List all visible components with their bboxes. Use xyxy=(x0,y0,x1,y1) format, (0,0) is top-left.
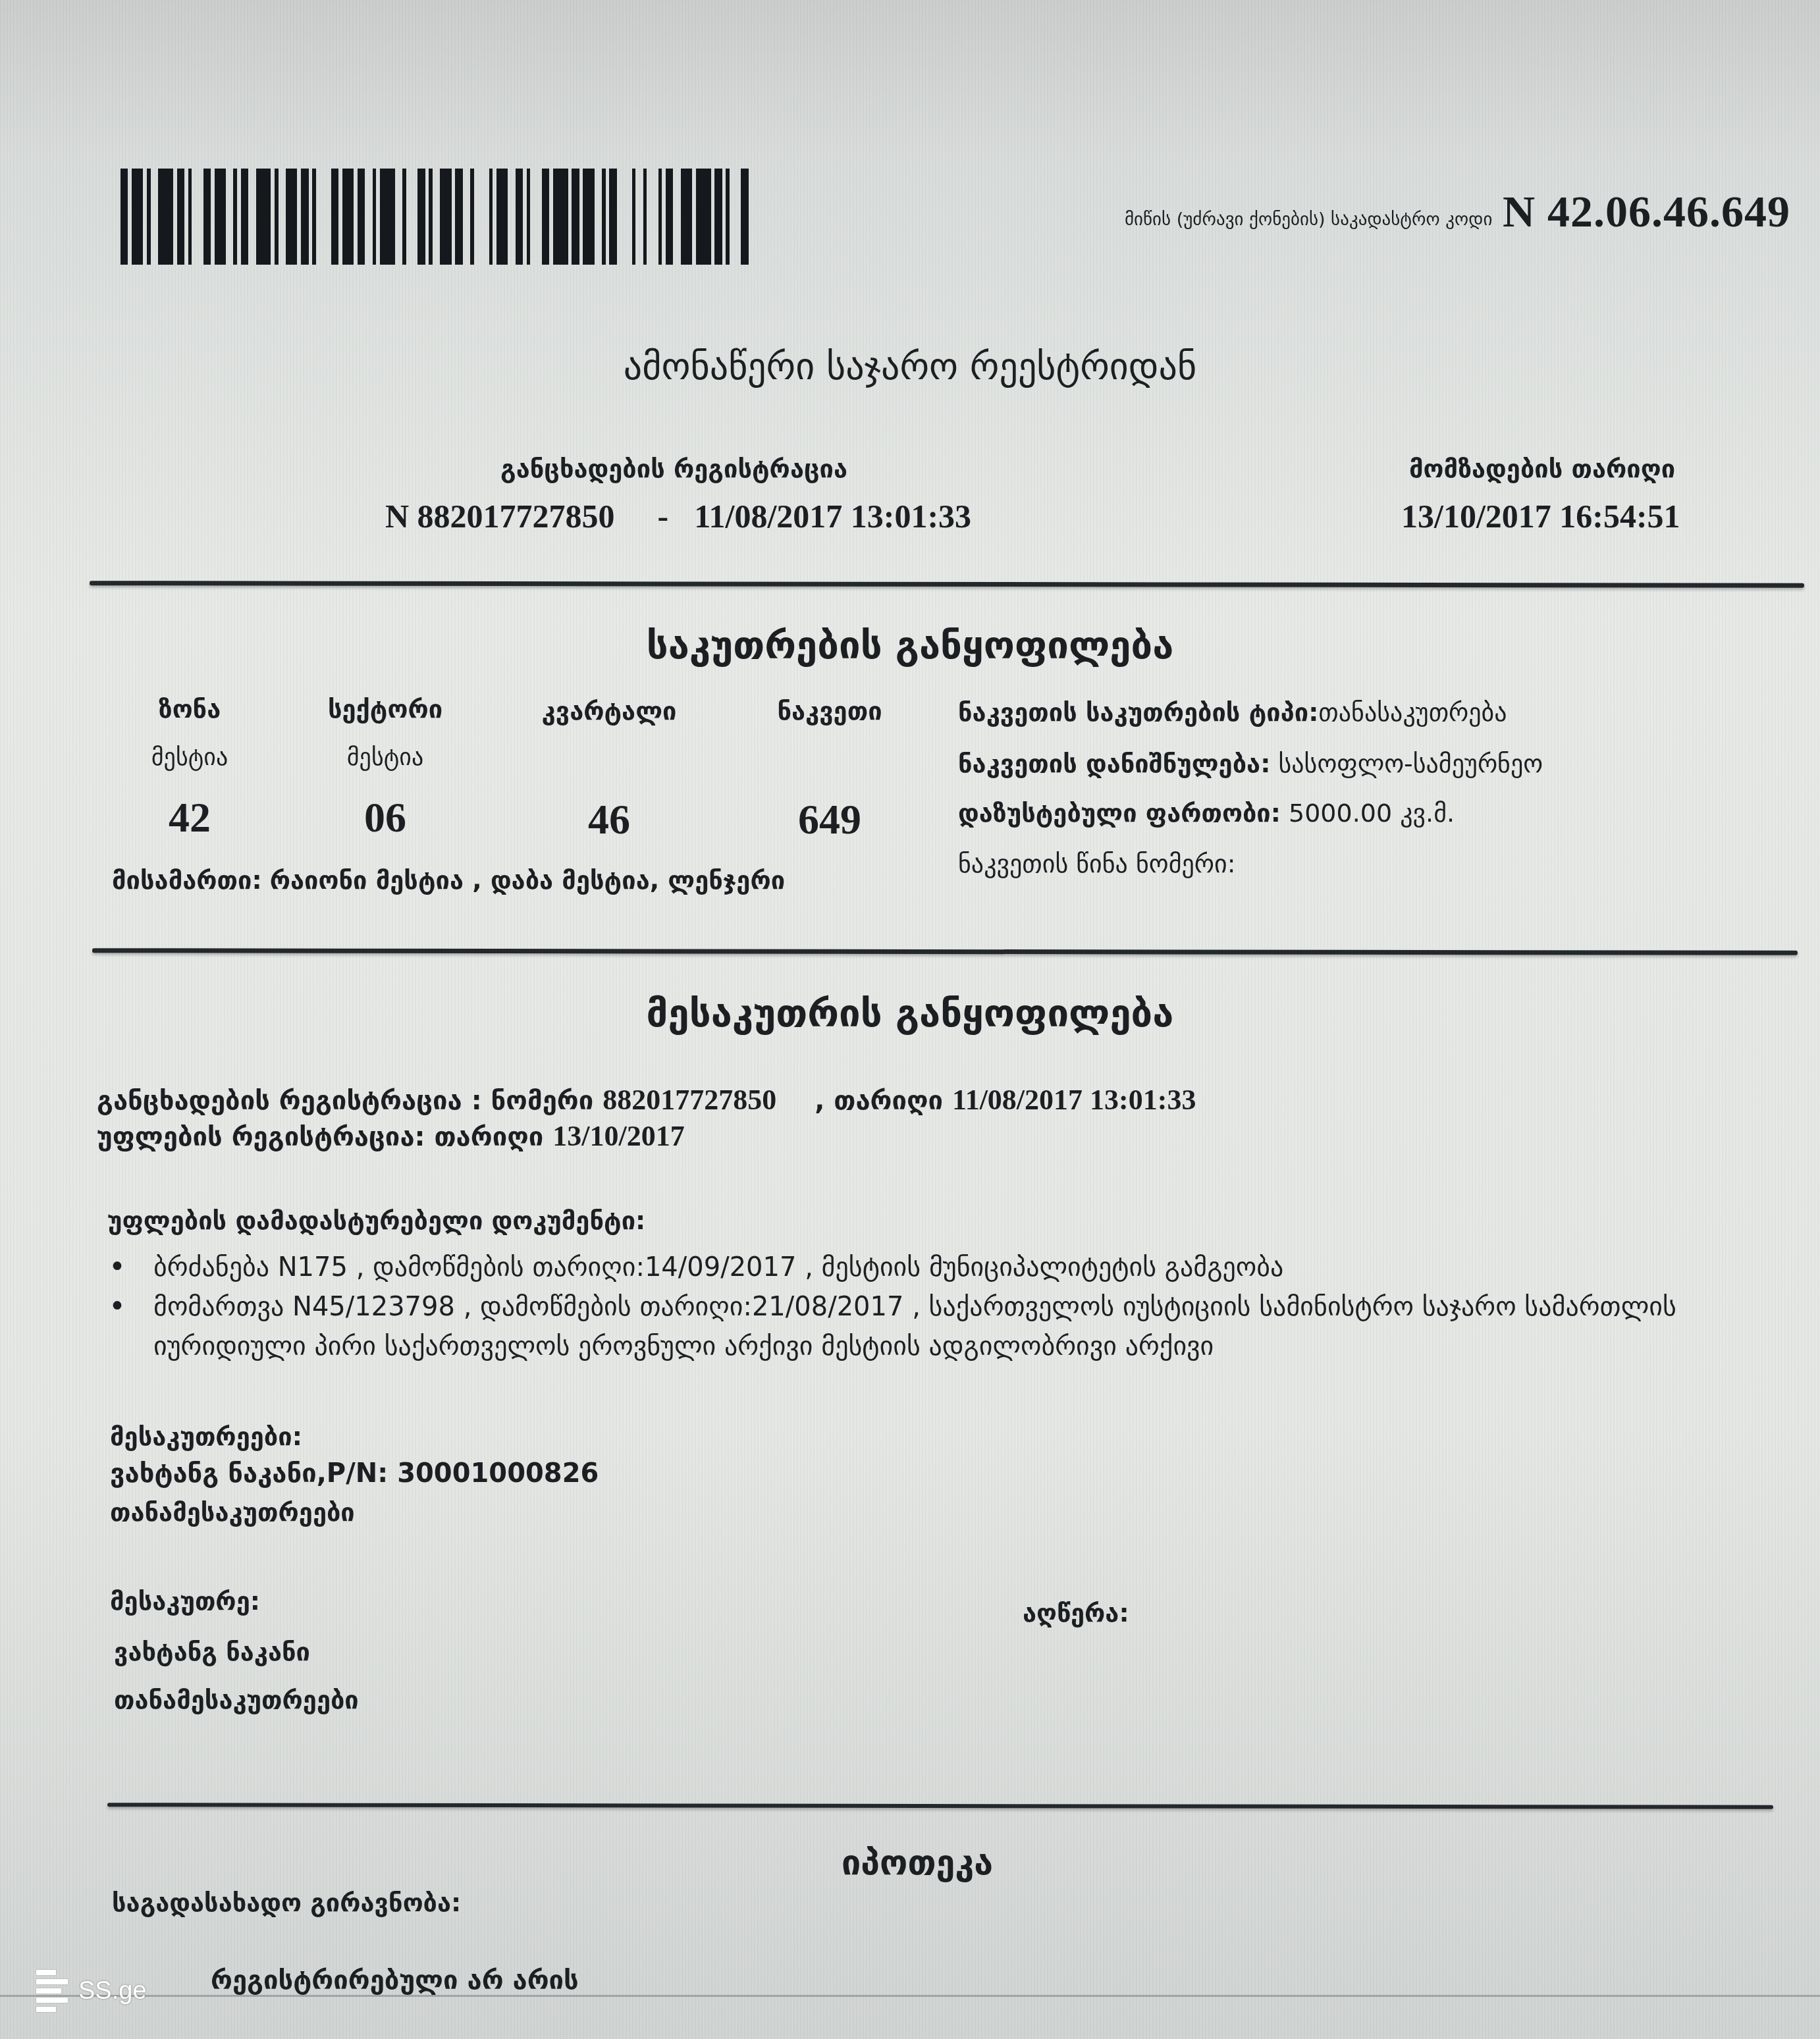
section-divider xyxy=(90,581,1804,588)
previous-parcel-number-label: ნაკვეთის წინა ნომერი: xyxy=(958,849,1236,878)
ownership-documents-label: უფლების დამადასტურებელი დოკუმენტი: xyxy=(107,1206,645,1235)
quarter-value: 46 xyxy=(510,795,708,844)
ownership-documents-list: ბრძანება N175 , დამოწმების თარიღი:14/09/… xyxy=(109,1248,1689,1366)
application-registration-label: განცხადების რეგისტრაცია xyxy=(500,454,847,483)
preparation-date-label: მომზადების თარიღი xyxy=(1409,454,1675,483)
right-registration: უფლების რეგისტრაცია: თარიღი 13/10/2017 xyxy=(97,1119,685,1153)
parcel-area-label: დაზუსტებული ფართობი: xyxy=(958,799,1281,828)
owner-application-registration: განცხადების რეგისტრაცია : ნომერი 8820177… xyxy=(97,1083,1196,1117)
barcode-icon xyxy=(120,169,757,265)
parcel-purpose: ნაკვეთის დანიშნულება: სასოფლო-სამეურნეო xyxy=(958,749,1543,778)
tax-lien-value: რეგისტრირებული არ არის xyxy=(211,1965,579,1996)
parcel-header: ნაკვეთი xyxy=(731,697,928,726)
ownership-type-label: ნაკვეთის საკუთრების ტიპი: xyxy=(958,698,1318,727)
address-value: რაიონი მესტია , დაბა მესტია, ლენჯერი xyxy=(270,866,785,895)
document-title: ამონაწერი საჯარო რეესტრიდან xyxy=(0,346,1820,388)
ownership-type: ნაკვეთის საკუთრების ტიპი:თანასაკუთრება xyxy=(958,698,1507,727)
watermark: SS.ge xyxy=(36,1970,147,2012)
ownership-document-item: ბრძანება N175 , დამოწმების თარიღი:14/09/… xyxy=(109,1248,1689,1287)
section-divider xyxy=(107,1803,1773,1809)
application-registration-value: N 882017727850 - 11/08/2017 13:01:33 xyxy=(385,497,971,535)
tax-lien-label: საგადასახადო გირავნობა: xyxy=(112,1888,461,1917)
watermark-text: SS.ge xyxy=(78,1977,147,2005)
zone-header: ზონა xyxy=(91,695,288,724)
sector-name: მესტია xyxy=(286,744,484,771)
page-edge xyxy=(0,1995,1820,1997)
zone-name: მესტია xyxy=(91,744,288,771)
application-separator: - xyxy=(658,498,669,535)
preparation-date-value: 13/10/2017 16:54:51 xyxy=(1401,497,1680,535)
cadastral-code: N 42.06.46.649 xyxy=(1503,186,1790,238)
application-number: N 882017727850 xyxy=(385,498,615,535)
owners-type: თანამესაკუთრეები xyxy=(110,1498,355,1527)
right-registration-label: უფლების რეგისტრაცია: თარიღი xyxy=(97,1122,543,1152)
owner-application-number: 882017727850 xyxy=(602,1084,776,1116)
ownership-document-item: მომართვა N45/123798 , დამოწმების თარიღი:… xyxy=(109,1287,1689,1366)
property-section-title: საკუთრების განყოფილება xyxy=(0,623,1820,668)
owner-application-datetime: 11/08/2017 13:01:33 xyxy=(952,1084,1196,1116)
parcel-area-value: 5000.00 კვ.მ. xyxy=(1289,799,1455,828)
right-registration-date: 13/10/2017 xyxy=(552,1120,684,1152)
parcel-value: 649 xyxy=(731,795,928,844)
owner-name: ვახტანგ ნაკანი xyxy=(114,1637,310,1666)
owner-type: თანამესაკუთრეები xyxy=(114,1685,359,1714)
owner-application-label: განცხადების რეგისტრაცია : ნომერი xyxy=(97,1086,593,1116)
owner-application-date-label: , თარიღი xyxy=(815,1086,943,1116)
zone-value: 42 xyxy=(91,793,288,842)
ownership-type-value: თანასაკუთრება xyxy=(1318,698,1507,727)
owners-name: ვახტანგ ნაკანი,P/N: 30001000826 xyxy=(110,1458,599,1489)
parcel-purpose-value: სასოფლო-სამეურნეო xyxy=(1278,749,1543,778)
previous-parcel-number: ნაკვეთის წინა ნომერი: xyxy=(958,849,1236,878)
owner-section-title: მესაკუთრის განყოფილება xyxy=(0,991,1820,1036)
sector-value: 06 xyxy=(286,793,484,842)
sector-header: სექტორი xyxy=(286,695,484,724)
section-divider xyxy=(92,948,1798,955)
cadastral-code-label: მიწის (უძრავი ქონების) საკადასტრო კოდი xyxy=(1125,209,1492,230)
address-label: მისამართი: xyxy=(112,866,262,895)
ss-logo-icon xyxy=(36,1970,68,2012)
description-label: აღწერა: xyxy=(1023,1599,1129,1628)
owners-label: მესაკუთრეები: xyxy=(110,1422,302,1451)
application-datetime: 11/08/2017 13:01:33 xyxy=(694,498,971,535)
mortgage-section-title: იპოთეკა xyxy=(842,1843,993,1883)
quarter-header: კვარტალი xyxy=(510,697,708,726)
parcel-area: დაზუსტებული ფართობი: 5000.00 კვ.მ. xyxy=(958,799,1455,828)
parcel-purpose-label: ნაკვეთის დანიშნულება: xyxy=(958,749,1270,778)
address: მისამართი: რაიონი მესტია , დაბა მესტია, … xyxy=(112,866,785,895)
owner-label: მესაკუთრე: xyxy=(110,1587,260,1616)
